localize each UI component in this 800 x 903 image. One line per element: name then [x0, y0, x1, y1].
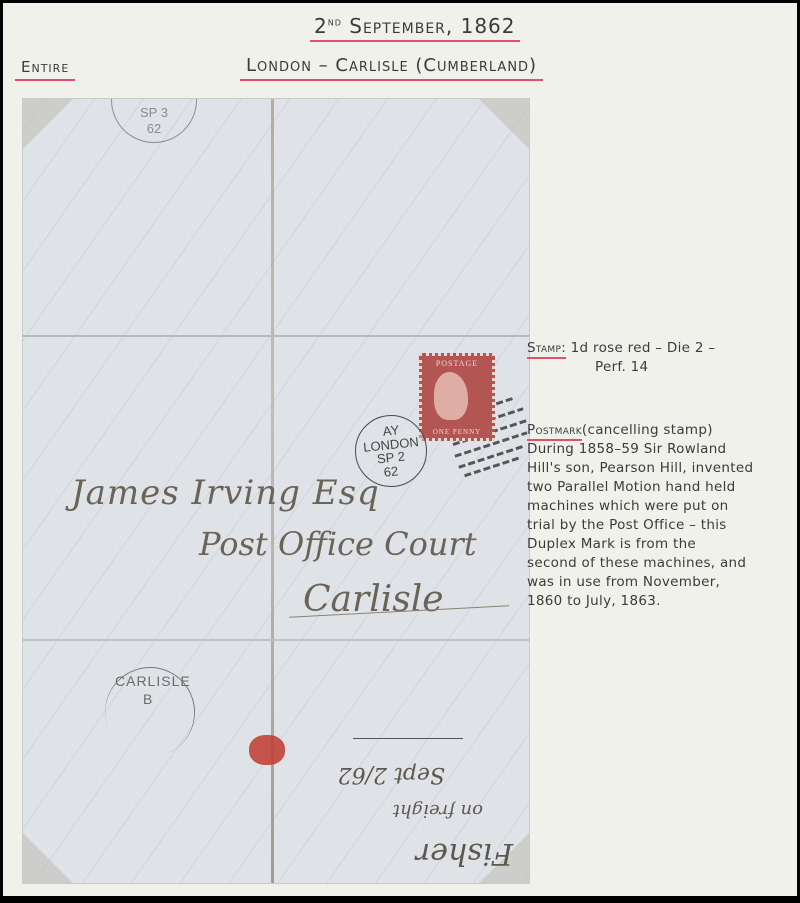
stamp-desc-line2: Perf. 14 [527, 358, 797, 377]
postmark-carlisle-line2: B [143, 691, 152, 707]
postmark-top-line1: SP 3 [112, 106, 196, 120]
postmark-carlisle: CARLISLE B [105, 667, 195, 717]
docket-rule [353, 738, 463, 739]
stamp-top-text: POSTAGE [422, 359, 492, 368]
stamp-bottom-text: ONE PENNY [422, 428, 492, 436]
postmark-carlisle-arc [92, 654, 207, 769]
stamp-description: Stamp: 1d rose red – Die 2 – Perf. 14 [527, 339, 797, 377]
album-page: 2nd September, 1862 London – Carlisle (C… [3, 3, 797, 896]
postmark-desc-line: trial by the Post Office – this [527, 516, 799, 535]
postmark-desc-line: 1860 to July, 1863. [527, 592, 799, 611]
postmark-desc-line: machines which were put on [527, 497, 799, 516]
postmark-description: Postmark(cancelling stamp) During 1858–5… [527, 421, 799, 611]
photo-corner-top-right [479, 99, 529, 149]
address-line-2: Post Office Court [199, 525, 477, 563]
postmark-label: Postmark [527, 422, 582, 441]
date-day: 2 [314, 14, 328, 38]
fold-line-horizontal-2 [23, 639, 529, 641]
postmark-desc-line: During 1858–59 Sir Rowland [527, 440, 799, 459]
postmark-desc-line: Hill's son, Pearson Hill, invented [527, 459, 799, 478]
heading-item-type: Entire [15, 58, 75, 81]
wax-seal [249, 735, 285, 765]
queen-victoria-portrait-icon [434, 372, 468, 420]
date-rest: September, 1862 [349, 14, 515, 38]
address-line-3: Carlisle [303, 579, 444, 620]
postmark-desc-line: was in use from November, [527, 573, 799, 592]
penny-red-stamp: POSTAGE ONE PENNY [419, 353, 495, 441]
docket-line-3: Sept 2/62 [338, 762, 445, 787]
heading-date: 2nd September, 1862 [310, 14, 520, 42]
date-suffix: nd [328, 15, 342, 28]
postmark-backstamp-top: SP 3 62 [111, 99, 197, 143]
postmark-label-suffix: (cancelling stamp) [582, 422, 713, 438]
postmark-desc-line: second of these machines, and [527, 554, 799, 573]
postmark-desc-line: Duplex Mark is from the [527, 535, 799, 554]
photo-corner-top-left [23, 99, 73, 149]
photo-corner-bottom-left [23, 833, 73, 883]
postmark-desc-line: two Parallel Motion hand held [527, 478, 799, 497]
docket-line-2: on freight [393, 800, 483, 821]
postal-entire-cover: SP 3 62 POSTAGE ONE PENNY AY LONDON SP 2… [23, 99, 529, 883]
docket-note-inverted: Fisher on freight Sept 2/62 [323, 719, 523, 879]
heading-route: London – Carlisle (Cumberland) [240, 55, 543, 81]
docket-line-1: Fisher [416, 836, 513, 871]
address-line-1: James Irving Esq [71, 473, 380, 513]
postmark-carlisle-line1: CARLISLE [115, 673, 191, 689]
stamp-label: Stamp: [527, 340, 566, 359]
postmark-top-line2: 62 [112, 122, 196, 136]
fold-line-horizontal-1 [23, 335, 529, 337]
stamp-desc-line1: 1d rose red – Die 2 – [571, 340, 716, 356]
